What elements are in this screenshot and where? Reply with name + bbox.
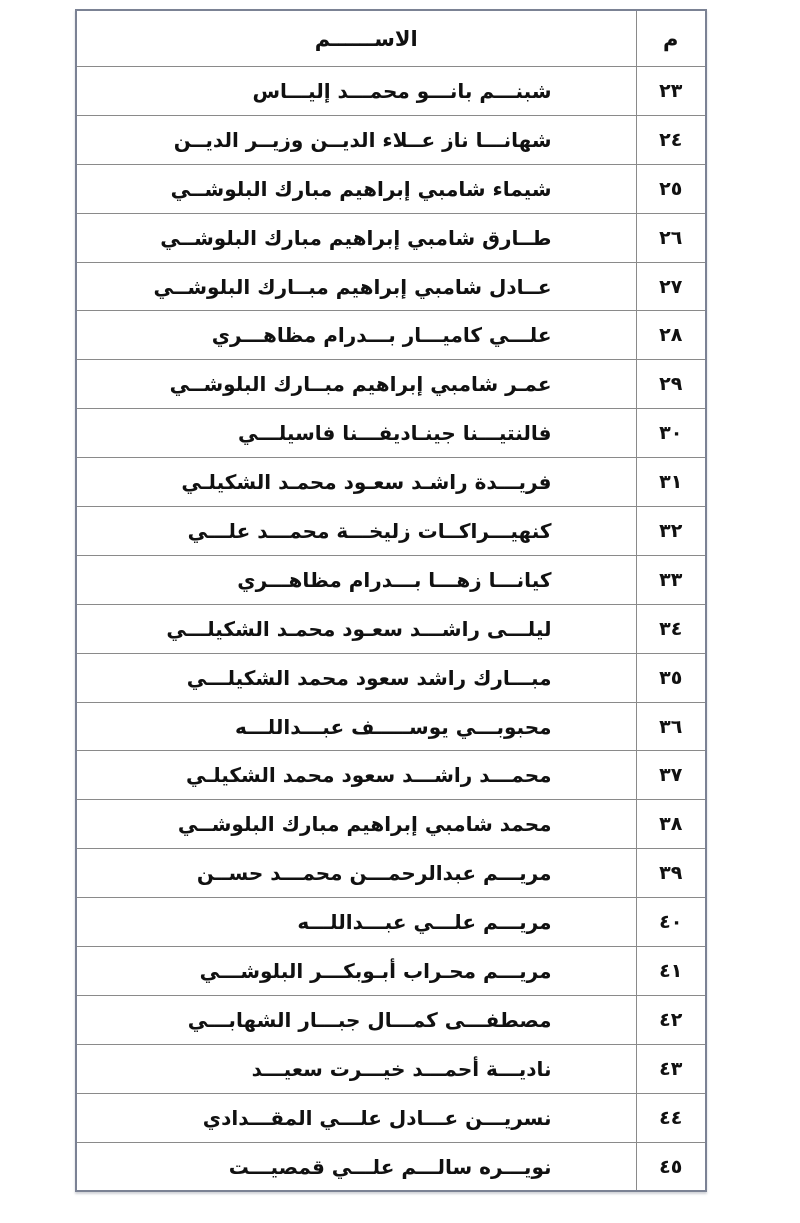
table-row: ٢٩عمـر شامبي إبراهيم مبــارك البلوشــي (76, 360, 706, 409)
row-number: ٤٠ (636, 898, 706, 947)
row-name: شهانـــا ناز عــلاء الديــن وزيــر الديـ… (76, 115, 636, 164)
table-row: ٣٥مبـــارك راشد سعود محمد الشكيلـــي (76, 653, 706, 702)
table-row: ٣٢كنهيـــراكــات زليخـــة محمـــد علـــي (76, 507, 706, 556)
row-name: محمـــد راشـــد سعود محمد الشكيلـي (76, 751, 636, 800)
row-number: ٤١ (636, 947, 706, 996)
row-name: مريـــم علـــي عبـــداللـــه (76, 898, 636, 947)
table-row: ٣٤ليلـــى راشـــد سعـود محمـد الشكيلـــي (76, 604, 706, 653)
row-name: عمـر شامبي إبراهيم مبــارك البلوشــي (76, 360, 636, 409)
row-name: طــارق شامبي إبراهيم مبارك البلوشــي (76, 213, 636, 262)
table-row: ٤١مريـــم محـراب أبـوبكـــر البلوشـــي (76, 947, 706, 996)
row-number: ٣٠ (636, 409, 706, 458)
table-row: ٤٣ناديـــة أحمـــد خيـــرت سعيـــد (76, 1044, 706, 1093)
row-name: محبوبـــي يوســـــف عبـــداللـــه (76, 702, 636, 751)
table-row: ٢٧عــادل شامبي إبراهيم مبــارك البلوشــي (76, 262, 706, 311)
names-sheet: م الاســــــم ٢٣شبنـــم بانـــو محمـــد … (75, 9, 705, 1192)
row-number: ٢٦ (636, 213, 706, 262)
row-name: كنهيـــراكــات زليخـــة محمـــد علـــي (76, 507, 636, 556)
row-number: ٤٣ (636, 1044, 706, 1093)
row-number: ٣٨ (636, 800, 706, 849)
row-name: شبنـــم بانـــو محمـــد إليـــاس (76, 67, 636, 116)
table-row: ٤٥نويـــره سالـــم علـــي قمصيـــت (76, 1142, 706, 1191)
table-row: ٢٨علـــي كاميـــار بـــدرام مظاهـــري (76, 311, 706, 360)
row-number: ٢٤ (636, 115, 706, 164)
table-row: ٤٢مصطفـــى كمـــال جبـــار الشهابـــي (76, 995, 706, 1044)
row-number: ٤٥ (636, 1142, 706, 1191)
table-row: ٣٣كيانـــا زهـــا بـــدرام مظاهـــري (76, 555, 706, 604)
table-row: ٢٣شبنـــم بانـــو محمـــد إليـــاس (76, 67, 706, 116)
table-row: ٣٦محبوبـــي يوســـــف عبـــداللـــه (76, 702, 706, 751)
row-number: ٢٨ (636, 311, 706, 360)
row-number: ٣٧ (636, 751, 706, 800)
row-number: ٣٦ (636, 702, 706, 751)
table-row: ٤٤نسريـــن عـــادل علـــي المقـــدادي (76, 1093, 706, 1142)
row-name: مصطفـــى كمـــال جبـــار الشهابـــي (76, 995, 636, 1044)
row-name: محمد شامبي إبراهيم مبارك البلوشــي (76, 800, 636, 849)
row-name: مريـــم محـراب أبـوبكـــر البلوشـــي (76, 947, 636, 996)
row-name: نويـــره سالـــم علـــي قمصيـــت (76, 1142, 636, 1191)
row-number: ٢٥ (636, 164, 706, 213)
table-row: ٣٨محمد شامبي إبراهيم مبارك البلوشــي (76, 800, 706, 849)
table-row: ٣٠فالنتيـــنا جينـاديفـــنا فاسيلـــي (76, 409, 706, 458)
row-number: ٢٣ (636, 67, 706, 116)
row-number: ٢٧ (636, 262, 706, 311)
table-row: ٤٠مريـــم علـــي عبـــداللـــه (76, 898, 706, 947)
row-number: ٣٩ (636, 849, 706, 898)
table-row: ٢٦طــارق شامبي إبراهيم مبارك البلوشــي (76, 213, 706, 262)
row-number: ٣١ (636, 458, 706, 507)
table-row: ٣٩مريـــم عبدالرحمـــن محمـــد حســن (76, 849, 706, 898)
row-name: مريـــم عبدالرحمـــن محمـــد حســن (76, 849, 636, 898)
row-name: عــادل شامبي إبراهيم مبــارك البلوشــي (76, 262, 636, 311)
header-row: م الاســــــم (76, 10, 706, 67)
table-row: ٣٧محمـــد راشـــد سعود محمد الشكيلـي (76, 751, 706, 800)
row-number: ٣٢ (636, 507, 706, 556)
names-table: م الاســــــم ٢٣شبنـــم بانـــو محمـــد … (75, 9, 707, 1192)
row-number: ٤٢ (636, 995, 706, 1044)
row-name: فريـــدة راشـد سعـود محمـد الشكيلـي (76, 458, 636, 507)
row-name: شيماء شامبي إبراهيم مبارك البلوشــي (76, 164, 636, 213)
row-number: ٣٤ (636, 604, 706, 653)
row-number: ٢٩ (636, 360, 706, 409)
row-name: ناديـــة أحمـــد خيـــرت سعيـــد (76, 1044, 636, 1093)
row-name: علـــي كاميـــار بـــدرام مظاهـــري (76, 311, 636, 360)
header-number: م (636, 10, 706, 67)
table-row: ٢٤شهانـــا ناز عــلاء الديــن وزيــر الد… (76, 115, 706, 164)
row-name: فالنتيـــنا جينـاديفـــنا فاسيلـــي (76, 409, 636, 458)
row-name: مبـــارك راشد سعود محمد الشكيلـــي (76, 653, 636, 702)
row-number: ٣٥ (636, 653, 706, 702)
row-name: نسريـــن عـــادل علـــي المقـــدادي (76, 1093, 636, 1142)
table-row: ٢٥شيماء شامبي إبراهيم مبارك البلوشــي (76, 164, 706, 213)
header-name: الاســــــم (76, 10, 636, 67)
row-number: ٤٤ (636, 1093, 706, 1142)
row-name: كيانـــا زهـــا بـــدرام مظاهـــري (76, 555, 636, 604)
row-name: ليلـــى راشـــد سعـود محمـد الشكيلـــي (76, 604, 636, 653)
row-number: ٣٣ (636, 555, 706, 604)
table-row: ٣١فريـــدة راشـد سعـود محمـد الشكيلـي (76, 458, 706, 507)
